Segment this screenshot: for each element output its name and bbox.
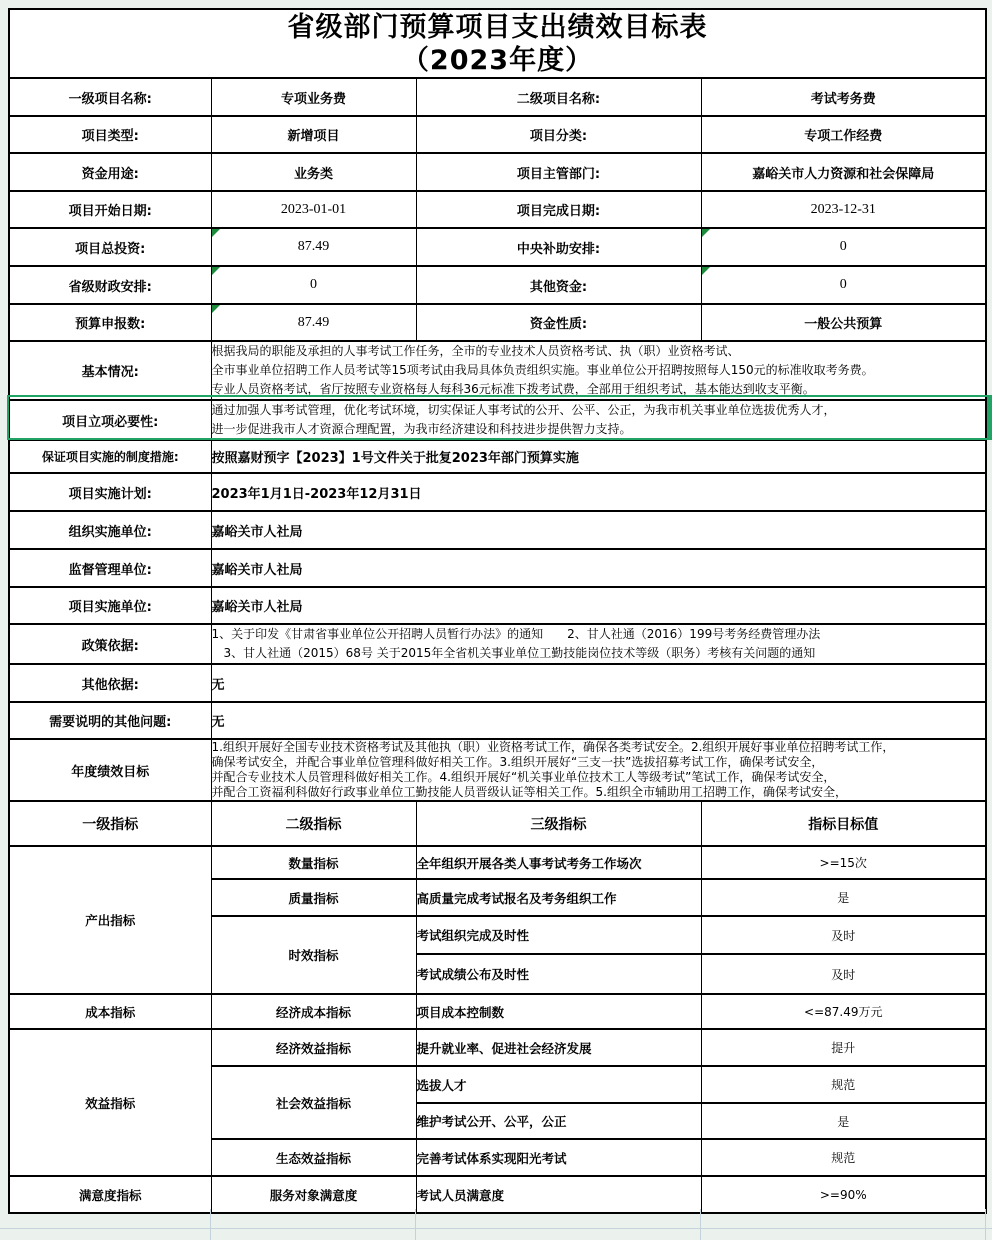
field-label[interactable]: 项目主管部门: — [416, 153, 701, 191]
level3-indicator[interactable]: 完善考试体系实现阳光考试 — [416, 1139, 701, 1176]
field-label[interactable]: 预算申报数: — [9, 304, 211, 341]
level1-indicator[interactable]: 产出指标 — [9, 846, 211, 994]
level3-indicator[interactable]: 考试组织完成及时性 — [416, 916, 701, 954]
field-value[interactable]: 通过加强人事考试管理，优化考试环境，切实保证人事考试的公开、公平、公正，为我市机… — [211, 400, 986, 440]
level3-indicator[interactable]: 全年组织开展各类人事考试考务工作场次 — [416, 846, 701, 879]
table-row: 资金用途: 业务类 项目主管部门: 嘉峪关市人力资源和社会保障局 — [9, 153, 986, 191]
field-label[interactable]: 项目分类: — [416, 116, 701, 153]
indicator-target-value[interactable]: >=15次 — [701, 846, 986, 879]
gridline-vertical — [210, 1209, 211, 1240]
table-row: 需要说明的其他问题: 无 — [9, 702, 986, 739]
table-row: 其他依据: 无 — [9, 664, 986, 702]
field-value-text: 0 — [310, 277, 317, 292]
field-label[interactable]: 项目总投资: — [9, 228, 211, 266]
gridline-vertical — [985, 1209, 986, 1240]
field-label[interactable]: 二级项目名称: — [416, 78, 701, 116]
table-row: 项目类型: 新增项目 项目分类: 专项工作经费 — [9, 116, 986, 153]
field-label[interactable]: 其他资金: — [416, 266, 701, 304]
gridline-vertical — [700, 1209, 701, 1240]
title-row: 省级部门预算项目支出绩效目标表（2023年度） — [9, 9, 986, 78]
table-row: 项目实施计划: 2023年1月1日-2023年12月31日 — [9, 473, 986, 511]
field-value[interactable]: 嘉峪关市人社局 — [211, 549, 986, 587]
field-value[interactable]: 1、关于印发《甘肃省事业单位公开招聘人员暂行办法》的通知 2、甘人社通（2016… — [211, 624, 986, 664]
field-value[interactable]: 一般公共预算 — [701, 304, 986, 341]
page-title[interactable]: 省级部门预算项目支出绩效目标表（2023年度） — [9, 9, 986, 78]
indicator-target-value[interactable]: 规范 — [701, 1066, 986, 1103]
field-label[interactable]: 项目实施计划: — [9, 473, 211, 511]
field-label[interactable]: 年度绩效目标 — [9, 739, 211, 801]
field-value[interactable]: 2023-12-31 — [701, 191, 986, 228]
field-value[interactable]: 2023年1月1日-2023年12月31日 — [211, 473, 986, 511]
level3-indicator[interactable]: 维护考试公开、公平，公正 — [416, 1103, 701, 1139]
indicator-header-row: 一级指标 二级指标 三级指标 指标目标值 — [9, 801, 986, 846]
field-label[interactable]: 项目开始日期: — [9, 191, 211, 228]
performance-target-table: 省级部门预算项目支出绩效目标表（2023年度） 一级项目名称: 专项业务费 二级… — [8, 8, 987, 1214]
field-value[interactable]: 嘉峪关市人力资源和社会保障局 — [701, 153, 986, 191]
field-value[interactable]: 业务类 — [211, 153, 416, 191]
table-row: 省级财政安排: 0 其他资金: 0 — [9, 266, 986, 304]
field-value[interactable]: 0 — [701, 228, 986, 266]
level3-indicator[interactable]: 考试人员满意度 — [416, 1176, 701, 1213]
level3-indicator[interactable]: 选拔人才 — [416, 1066, 701, 1103]
table-row: 年度绩效目标 1.组织开展好全国专业技术资格考试及其他执（职）业资格考试工作，确… — [9, 739, 986, 801]
field-value-text: 0 — [840, 239, 847, 254]
indicator-target-value[interactable]: 提升 — [701, 1029, 986, 1066]
level2-indicator[interactable]: 服务对象满意度 — [211, 1176, 416, 1213]
field-value[interactable]: 新增项目 — [211, 116, 416, 153]
table-row: 项目开始日期: 2023-01-01 项目完成日期: 2023-12-31 — [9, 191, 986, 228]
field-label[interactable]: 项目类型: — [9, 116, 211, 153]
field-value[interactable]: 嘉峪关市人社局 — [211, 511, 986, 549]
indicator-target-value[interactable]: 及时 — [701, 954, 986, 994]
field-value[interactable]: 0 — [211, 266, 416, 304]
field-label[interactable]: 项目立项必要性: — [9, 400, 211, 440]
indicator-target-value[interactable]: <=87.49万元 — [701, 994, 986, 1029]
spreadsheet-canvas: 省级部门预算项目支出绩效目标表（2023年度） 一级项目名称: 专项业务费 二级… — [0, 0, 992, 1240]
level3-indicator[interactable]: 考试成绩公布及时性 — [416, 954, 701, 994]
field-label[interactable]: 监督管理单位: — [9, 549, 211, 587]
level1-indicator[interactable]: 成本指标 — [9, 994, 211, 1029]
field-label[interactable]: 省级财政安排: — [9, 266, 211, 304]
field-value[interactable]: 87.49 — [211, 228, 416, 266]
table-row: 一级项目名称: 专项业务费 二级项目名称: 考试考务费 — [9, 78, 986, 116]
indicator-target-value[interactable]: 是 — [701, 1103, 986, 1139]
field-value[interactable]: 根据我局的职能及承担的人事考试工作任务，全市的专业技术人员资格考试、执（职）业资… — [211, 341, 986, 400]
level3-indicator[interactable]: 提升就业率、促进社会经济发展 — [416, 1029, 701, 1066]
level1-indicator[interactable]: 满意度指标 — [9, 1176, 211, 1213]
field-label[interactable]: 资金用途: — [9, 153, 211, 191]
table-row: 基本情况: 根据我局的职能及承担的人事考试工作任务，全市的专业技术人员资格考试、… — [9, 341, 986, 400]
indicator-target-value[interactable]: 规范 — [701, 1139, 986, 1176]
level2-indicator[interactable]: 经济成本指标 — [211, 994, 416, 1029]
number-stored-as-text-triangle-icon — [212, 229, 220, 237]
field-value[interactable]: 无 — [211, 702, 986, 739]
table-row: 预算申报数: 87.49 资金性质: 一般公共预算 — [9, 304, 986, 341]
level1-indicator[interactable]: 效益指标 — [9, 1029, 211, 1176]
level3-indicator[interactable]: 高质量完成考试报名及考务组织工作 — [416, 879, 701, 916]
table-row: 保证项目实施的制度措施: 按照嘉财预字【2023】1号文件关于批复2023年部门… — [9, 440, 986, 473]
indicator-target-value[interactable]: 是 — [701, 879, 986, 916]
level2-indicator[interactable]: 社会效益指标 — [211, 1066, 416, 1139]
field-value[interactable]: 87.49 — [211, 304, 416, 341]
field-label[interactable]: 基本情况: — [9, 341, 211, 400]
column-header[interactable]: 指标目标值 — [701, 801, 986, 846]
level2-indicator[interactable]: 时效指标 — [211, 916, 416, 994]
field-label[interactable]: 政策依据: — [9, 624, 211, 664]
field-label[interactable]: 资金性质: — [416, 304, 701, 341]
table-row: 组织实施单位: 嘉峪关市人社局 — [9, 511, 986, 549]
field-label[interactable]: 需要说明的其他问题: — [9, 702, 211, 739]
gridline-vertical — [415, 1209, 416, 1240]
field-label[interactable]: 保证项目实施的制度措施: — [9, 440, 211, 473]
level2-indicator[interactable]: 经济效益指标 — [211, 1029, 416, 1066]
indicator-target-value[interactable]: >=90% — [701, 1176, 986, 1213]
field-value[interactable]: 无 — [211, 664, 986, 702]
indicator-row: 满意度指标 服务对象满意度 考试人员满意度 >=90% — [9, 1176, 986, 1213]
field-value[interactable]: 1.组织开展好全国专业技术资格考试及其他执（职）业资格考试工作，确保各类考试安全… — [211, 739, 986, 801]
selection-right-handle[interactable] — [987, 395, 992, 440]
title-line1: 省级部门预算项目支出绩效目标表 — [10, 11, 985, 44]
field-value[interactable]: 按照嘉财预字【2023】1号文件关于批复2023年部门预算实施 — [211, 440, 986, 473]
field-value-text: 87.49 — [298, 239, 330, 254]
gridline-horizontal — [0, 1228, 992, 1229]
field-value-text: 0 — [840, 277, 847, 292]
field-value-text: 87.49 — [298, 315, 330, 330]
indicator-row: 产出指标 数量指标 全年组织开展各类人事考试考务工作场次 >=15次 — [9, 846, 986, 879]
column-header[interactable]: 三级指标 — [416, 801, 701, 846]
level3-indicator[interactable]: 项目成本控制数 — [416, 994, 701, 1029]
number-stored-as-text-triangle-icon — [702, 229, 710, 237]
level2-indicator[interactable]: 质量指标 — [211, 879, 416, 916]
number-stored-as-text-triangle-icon — [702, 267, 710, 275]
table-row-selected: 项目立项必要性: 通过加强人事考试管理，优化考试环境，切实保证人事考试的公开、公… — [9, 400, 986, 440]
level2-indicator[interactable]: 生态效益指标 — [211, 1139, 416, 1176]
column-header[interactable]: 一级指标 — [9, 801, 211, 846]
number-stored-as-text-triangle-icon — [212, 305, 220, 313]
field-label[interactable]: 中央补助安排: — [416, 228, 701, 266]
number-stored-as-text-triangle-icon — [212, 267, 220, 275]
field-label[interactable]: 组织实施单位: — [9, 511, 211, 549]
field-label[interactable]: 其他依据: — [9, 664, 211, 702]
table-row: 项目总投资: 87.49 中央补助安排: 0 — [9, 228, 986, 266]
indicator-target-value[interactable]: 及时 — [701, 916, 986, 954]
field-value[interactable]: 专项业务费 — [211, 78, 416, 116]
field-value[interactable]: 0 — [701, 266, 986, 304]
table-row: 监督管理单位: 嘉峪关市人社局 — [9, 549, 986, 587]
field-value[interactable]: 嘉峪关市人社局 — [211, 587, 986, 624]
field-value[interactable]: 考试考务费 — [701, 78, 986, 116]
table-row: 政策依据: 1、关于印发《甘肃省事业单位公开招聘人员暂行办法》的通知 2、甘人社… — [9, 624, 986, 664]
field-label[interactable]: 项目完成日期: — [416, 191, 701, 228]
indicator-row: 成本指标 经济成本指标 项目成本控制数 <=87.49万元 — [9, 994, 986, 1029]
table-row: 项目实施单位: 嘉峪关市人社局 — [9, 587, 986, 624]
title-line2: （2023年度） — [10, 44, 985, 77]
field-value[interactable]: 2023-01-01 — [211, 191, 416, 228]
indicator-row: 效益指标 经济效益指标 提升就业率、促进社会经济发展 提升 — [9, 1029, 986, 1066]
column-header[interactable]: 二级指标 — [211, 801, 416, 846]
field-value[interactable]: 专项工作经费 — [701, 116, 986, 153]
field-label[interactable]: 一级项目名称: — [9, 78, 211, 116]
level2-indicator[interactable]: 数量指标 — [211, 846, 416, 879]
field-label[interactable]: 项目实施单位: — [9, 587, 211, 624]
